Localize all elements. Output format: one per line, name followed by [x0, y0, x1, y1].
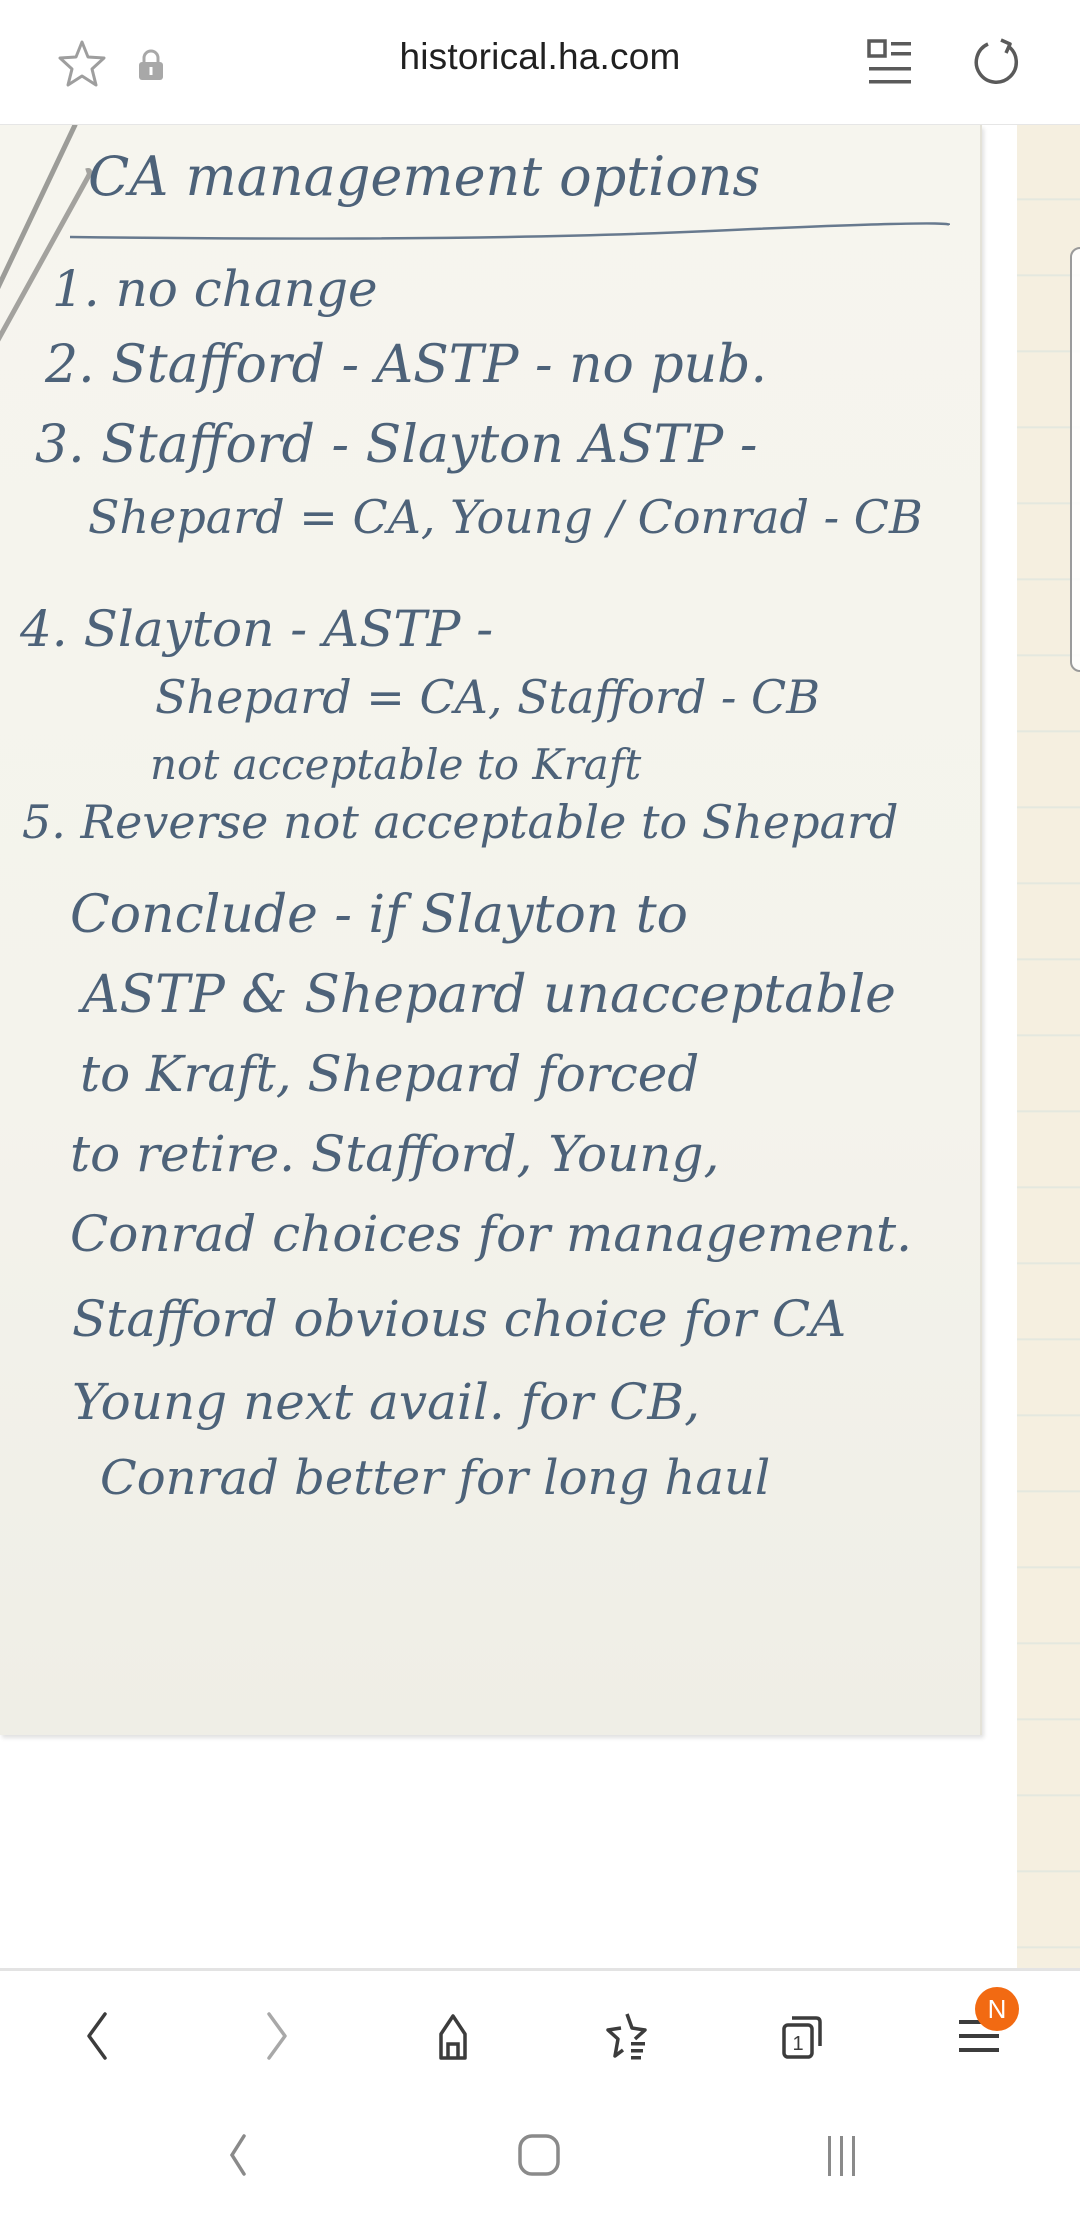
- note-line: 3. Stafford - Slayton ASTP -: [35, 415, 757, 475]
- back-button[interactable]: [62, 2001, 132, 2071]
- system-recents-icon: [816, 2130, 866, 2180]
- bookmarks-button[interactable]: [592, 2001, 662, 2071]
- system-recents-button[interactable]: [801, 2120, 881, 2190]
- forward-button[interactable]: [242, 2001, 312, 2071]
- url-text[interactable]: historical.ha.com: [0, 36, 1080, 78]
- reload-icon[interactable]: [968, 36, 1022, 90]
- browser-toolbar: 1 N: [0, 1968, 1080, 2098]
- system-home-button[interactable]: [499, 2120, 579, 2190]
- note-line: 4. Slayton - ASTP -: [20, 600, 493, 658]
- forward-icon: [247, 2006, 307, 2066]
- scroll-handle[interactable]: [1070, 247, 1080, 672]
- home-icon: [423, 2006, 483, 2066]
- system-home-icon: [514, 2130, 564, 2180]
- system-back-button[interactable]: [198, 2120, 278, 2190]
- note-line: ASTP & Shepard unacceptable: [82, 965, 896, 1025]
- note-line: CA management options: [88, 145, 760, 208]
- svg-text:1: 1: [792, 2033, 803, 2055]
- address-bar: historical.ha.com: [0, 0, 1080, 125]
- tabs-button[interactable]: 1: [767, 2001, 837, 2071]
- system-back-icon: [218, 2130, 258, 2180]
- note-line: Stafford obvious choice for CA: [72, 1290, 846, 1348]
- note-line: Conrad choices for management.: [70, 1205, 912, 1263]
- back-icon: [67, 2006, 127, 2066]
- title-underline: [70, 217, 950, 247]
- note-line: Shepard = CA, Young / Conrad - CB: [88, 490, 923, 544]
- note-line: 1. no change: [52, 260, 378, 318]
- note-line: 2. Stafford - ASTP - no pub.: [45, 335, 767, 395]
- scanned-document-image: CA management options 1. no change 2. St…: [0, 125, 982, 1735]
- note-line: to retire. Stafford, Young,: [70, 1125, 719, 1183]
- note-line: not acceptable to Kraft: [150, 740, 641, 789]
- note-line: Shepard = CA, Stafford - CB: [155, 670, 820, 724]
- note-line: Conrad better for long haul: [100, 1450, 770, 1506]
- reader-view-icon[interactable]: [866, 38, 914, 88]
- tabs-icon: 1: [772, 2006, 832, 2066]
- notification-badge: N: [975, 1987, 1019, 2031]
- bookmarks-icon: [597, 2006, 657, 2066]
- note-line: Conclude - if Slayton to: [70, 885, 688, 945]
- system-navigation-bar: [0, 2098, 1080, 2220]
- note-line: to Kraft, Shepard forced: [80, 1045, 699, 1103]
- note-line: Young next avail. for CB,: [72, 1373, 700, 1431]
- note-line: 5. Reverse not acceptable to Shepard: [22, 795, 898, 849]
- page-content[interactable]: CA management options 1. no change 2. St…: [0, 125, 1080, 1968]
- home-button[interactable]: [418, 2001, 488, 2071]
